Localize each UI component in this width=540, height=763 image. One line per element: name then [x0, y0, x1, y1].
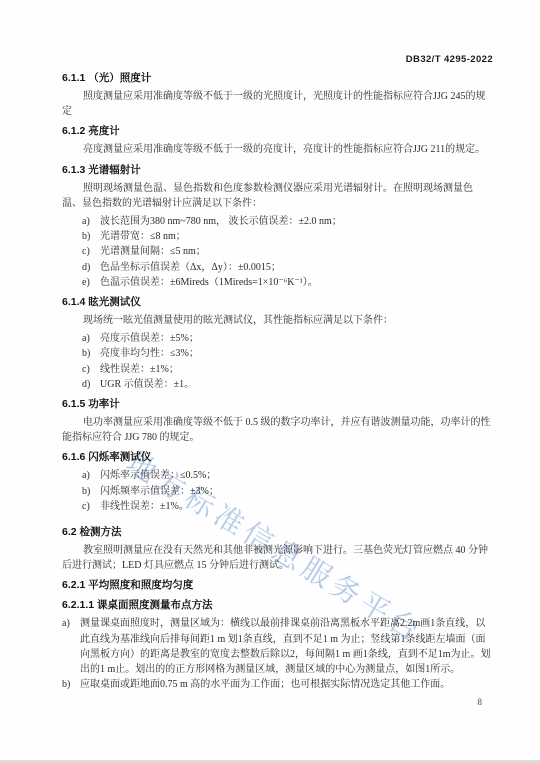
- list-text: 非线性误差：±1%。: [100, 499, 492, 514]
- heading-6-1-3: 6.1.3 光谱辐射计: [62, 163, 492, 178]
- list-item: e) 色温示值误差：±6Mireds（1Mireds=1×10⁻⁶K⁻¹）。: [82, 275, 492, 290]
- paragraph-6-1-5: 电功率测量应采用准确度等级不低于 0.5 级的数字功率计，并应有谐波测量功能，功…: [62, 415, 492, 445]
- list-marker: c): [82, 499, 100, 514]
- list-marker: a): [62, 616, 80, 677]
- list-item: b) 亮度非均匀性：≤3%；: [82, 346, 492, 361]
- list-text: 亮度非均匀性：≤3%；: [100, 346, 492, 361]
- heading-6-2: 6.2 检测方法: [62, 525, 492, 540]
- paragraph-6-1-1: 照度测量应采用准确度等级不低于一级的光照度计，光照度计的性能指标应符合JJG 2…: [62, 89, 492, 119]
- list-text: 色温示值误差：±6Mireds（1Mireds=1×10⁻⁶K⁻¹）。: [100, 275, 492, 290]
- list-marker: d): [82, 260, 100, 275]
- paragraph-6-1-4: 现场统一眩光值测量使用的眩光测试仪，其性能指标应满足以下条件：: [62, 313, 492, 328]
- list-item: c) 线性误差：±1%；: [82, 362, 492, 377]
- list-item: d) 色品坐标示值误差（Δx，Δy）：±0.0015；: [82, 260, 492, 275]
- list-marker: b): [82, 229, 100, 244]
- list-text: 线性误差：±1%；: [100, 362, 492, 377]
- paragraph-6-1-2: 亮度测量应采用准确度等级不低于一级的亮度计，亮度计的性能指标应符合JJG 211…: [62, 142, 492, 157]
- document-page: 地方标准信息服务平台 DB32/T 4295-2022 6.1.1 （光）照度计…: [0, 0, 540, 763]
- list-text: 色品坐标示值误差（Δx，Δy）：±0.0015；: [100, 260, 492, 275]
- list-marker: a): [82, 214, 100, 229]
- list-item: c) 非线性误差：±1%。: [82, 499, 492, 514]
- doc-number: DB32/T 4295-2022: [406, 54, 493, 65]
- spec-list-6-2-1-1: a) 测量课桌面照度时，测量区域为：横线以最前排课桌前沿离黑板水平距离2.2m画…: [62, 616, 492, 692]
- heading-6-1-4: 6.1.4 眩光测试仪: [62, 295, 492, 310]
- list-text: 亮度示值误差：±5%；: [100, 331, 492, 346]
- heading-6-1-1: 6.1.1 （光）照度计: [62, 71, 492, 86]
- heading-6-1-6: 6.1.6 闪烁率测试仪: [62, 450, 492, 465]
- list-marker: e): [82, 275, 100, 290]
- list-item: a) 闪烁率示值误差：≤0.5%；: [82, 468, 492, 483]
- paragraph-6-1-3: 照明现场测量色温、显色指数和色度参数检测仪器应采用光谱辐射计。在照明现场测量色温…: [62, 181, 492, 211]
- list-item: c) 光谱测量间隔：≤5 nm；: [82, 244, 492, 259]
- list-text: 测量课桌面照度时，测量区域为：横线以最前排课桌前沿离黑板水平距离2.2m画1条直…: [80, 616, 492, 677]
- page-number: 8: [478, 697, 483, 707]
- list-item: a) 波长范围为380 nm~780 nm， 波长示值误差：±2.0 nm；: [82, 214, 492, 229]
- heading-6-2-1-1: 6.2.1.1 课桌面照度测量布点方法: [62, 598, 492, 613]
- list-marker: a): [82, 468, 100, 483]
- list-marker: b): [82, 346, 100, 361]
- list-text: 光谱测量间隔：≤5 nm；: [100, 244, 492, 259]
- list-text: 光谱带宽：≤8 nm；: [100, 229, 492, 244]
- heading-6-1-2: 6.1.2 亮度计: [62, 124, 492, 139]
- list-marker: c): [82, 362, 100, 377]
- list-marker: b): [62, 677, 80, 692]
- spec-list-6-1-3: a) 波长范围为380 nm~780 nm， 波长示值误差：±2.0 nm； b…: [62, 214, 492, 290]
- heading-6-2-1: 6.2.1 平均照度和照度均匀度: [62, 578, 492, 593]
- list-marker: d): [82, 377, 100, 392]
- list-marker: c): [82, 244, 100, 259]
- list-text: 闪烁频率示值误差：±3%；: [100, 484, 492, 499]
- heading-6-1-5: 6.1.5 功率计: [62, 397, 492, 412]
- list-text: 波长范围为380 nm~780 nm， 波长示值误差：±2.0 nm；: [100, 214, 492, 229]
- list-item: d) UGR 示值误差：±1。: [82, 377, 492, 392]
- paragraph-6-2: 教室照明测量应在没有天然光和其他非被测光源影响下进行。三基色荧光灯管应燃点 40…: [62, 543, 492, 573]
- list-marker: b): [82, 484, 100, 499]
- list-text: UGR 示值误差：±1。: [100, 377, 492, 392]
- list-item: a) 测量课桌面照度时，测量区域为：横线以最前排课桌前沿离黑板水平距离2.2m画…: [62, 616, 492, 677]
- spec-list-6-1-6: a) 闪烁率示值误差：≤0.5%； b) 闪烁频率示值误差：±3%； c) 非线…: [62, 468, 492, 514]
- list-text: 应取桌面或距地面0.75 m 高的水平面为工作面；也可根据实际情况选定其他工作面…: [80, 677, 492, 692]
- list-item: b) 光谱带宽：≤8 nm；: [82, 229, 492, 244]
- list-marker: a): [82, 331, 100, 346]
- list-item: a) 亮度示值误差：±5%；: [82, 331, 492, 346]
- list-item: b) 闪烁频率示值误差：±3%；: [82, 484, 492, 499]
- spec-list-6-1-4: a) 亮度示值误差：±5%； b) 亮度非均匀性：≤3%； c) 线性误差：±1…: [62, 331, 492, 392]
- list-text: 闪烁率示值误差：≤0.5%；: [100, 468, 492, 483]
- list-item: b) 应取桌面或距地面0.75 m 高的水平面为工作面；也可根据实际情况选定其他…: [62, 677, 492, 692]
- document-content: 6.1.1 （光）照度计 照度测量应采用准确度等级不低于一级的光照度计，光照度计…: [62, 66, 492, 695]
